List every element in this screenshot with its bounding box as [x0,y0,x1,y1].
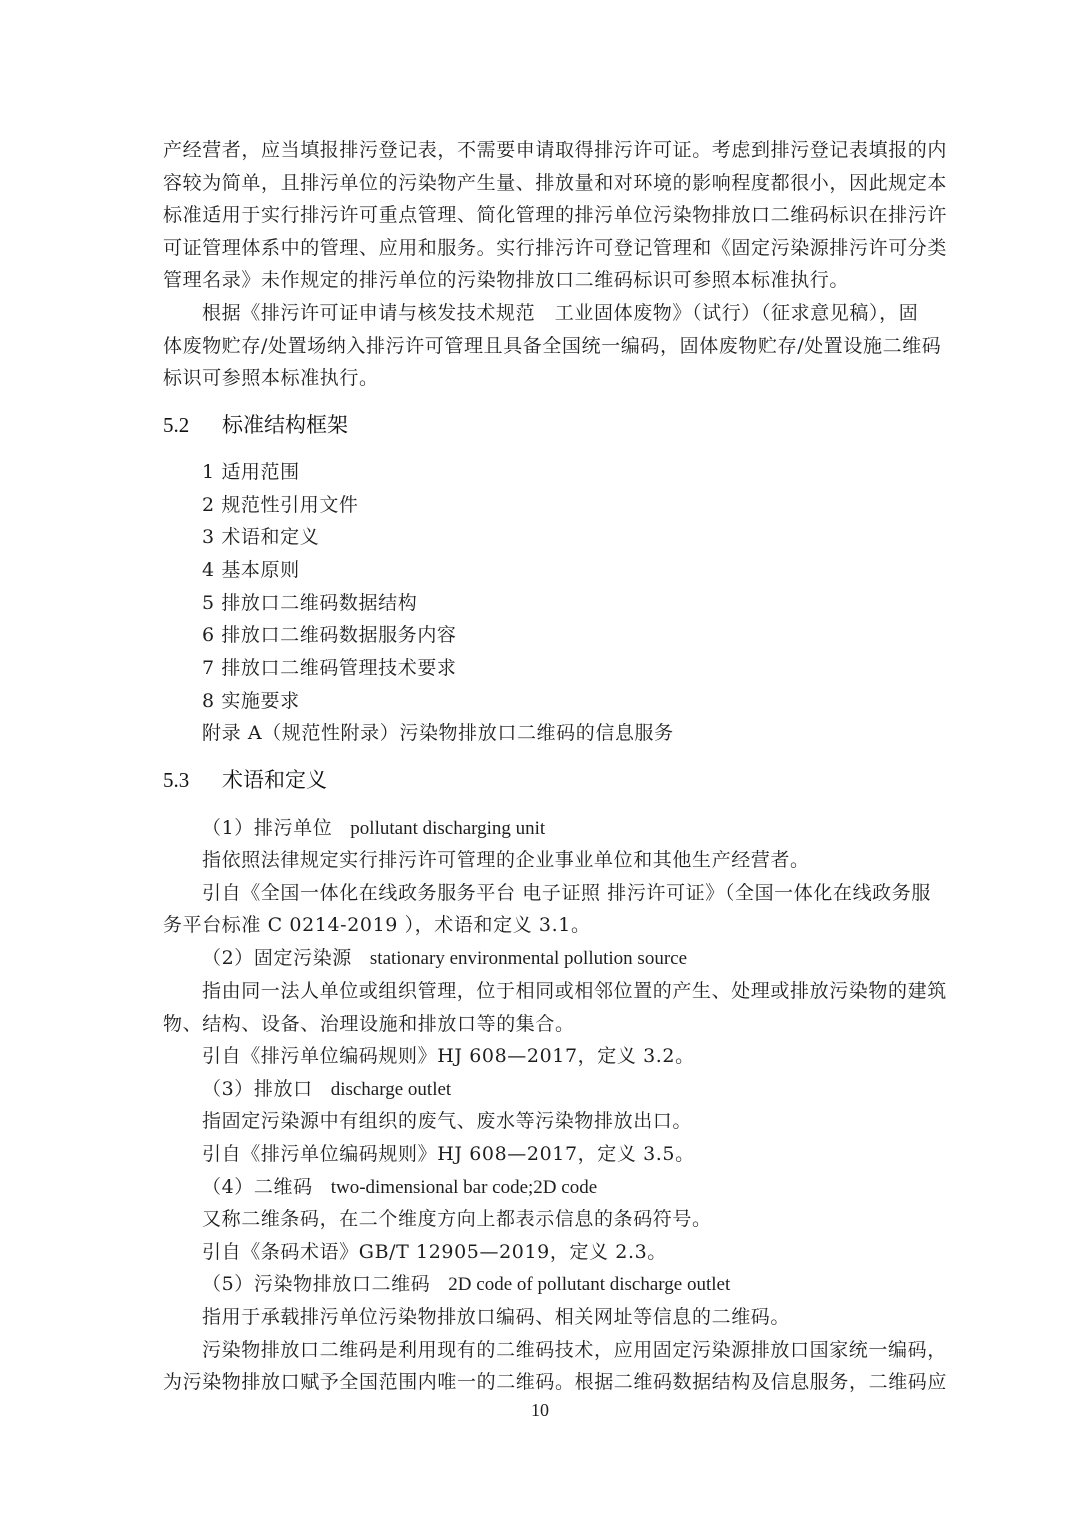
section-title: 术语和定义 [222,768,327,792]
term-heading: （5）污染物排放口二维码2D code of pollutant dischar… [202,1271,730,1297]
term-heading: （1）排污单位pollutant discharging unit [202,815,545,841]
list-item: 1 适用范围 [202,459,300,485]
section-title: 标准结构框架 [222,413,348,437]
list-item: 6 排放口二维码数据服务内容 [202,622,457,648]
list-item: 4 基本原则 [202,557,300,583]
term-label: （5）污染物排放口二维码 [202,1273,430,1295]
list-item: 8 实施要求 [202,688,300,714]
body-text-line: 管理名录》未作规定的排污单位的污染物排放口二维码标识可参照本标准执行。 [163,267,849,293]
term-source: 引自《排污单位编码规则》HJ 608—2017，定义 3.2。 [202,1043,695,1069]
term-english: discharge outlet [331,1079,451,1100]
term-label: （4）二维码 [202,1176,313,1198]
body-text-line: 体废物贮存/处置场纳入排污许可管理且具备全国统一编码，固体废物贮存/处置设施二维… [163,333,915,359]
term-definition: 指固定污染源中有组织的废气、废水等污染物排放出口。 [202,1108,692,1134]
body-text-line: 污染物排放口二维码是利用现有的二维码技术，应用固定污染源排放口国家统一编码， [202,1337,915,1363]
body-text-line: 可证管理体系中的管理、应用和服务。实行排污许可登记管理和《固定污染源排污许可分类 [163,235,915,261]
term-definition: 指用于承载排污单位污染物排放口编码、相关网址等信息的二维码。 [202,1304,790,1330]
term-definition: 指由同一法人单位或组织管理，位于相同或相邻位置的产生、处理或排放污染物的建筑 [202,978,915,1004]
list-item: 7 排放口二维码管理技术要求 [202,655,457,681]
list-item: 附录 A（规范性附录）污染物排放口二维码的信息服务 [202,720,674,746]
term-definition: 物、结构、设备、治理设施和排放口等的集合。 [163,1011,575,1037]
body-text-line: 根据《排污许可证申请与核发技术规范 工业固体废物》（试行）（征求意见稿），固 [202,300,915,326]
term-english: two-dimensional bar code;2D code [331,1177,597,1198]
section-heading-5-3: 5.3术语和定义 [163,765,327,795]
list-item: 3 术语和定义 [202,524,319,550]
term-source: 引自《全国一体化在线政务服务平台 电子证照 排污许可证》（全国一体化在线政务服 [202,880,915,906]
term-heading: （3）排放口discharge outlet [202,1076,451,1102]
body-text-line: 标准适用于实行排污许可重点管理、简化管理的排污单位污染物排放口二维码标识在排污许 [163,202,915,228]
section-number: 5.2 [163,410,222,440]
term-label: （1）排污单位 [202,817,332,839]
section-heading-5-2: 5.2标准结构框架 [163,410,348,440]
term-definition: 指依照法律规定实行排污许可管理的企业事业单位和其他生产经营者。 [202,847,810,873]
term-source: 引自《条码术语》GB/T 12905—2019，定义 2.3。 [202,1239,667,1265]
term-label: （2）固定污染源 [202,947,352,969]
body-text-line: 产经营者，应当填报排污登记表，不需要申请取得排污许可证。考虑到排污登记表填报的内 [163,137,915,163]
page-number: 10 [0,1398,1080,1422]
term-heading: （4）二维码two-dimensional bar code;2D code [202,1174,597,1200]
section-number: 5.3 [163,765,222,795]
term-english: 2D code of pollutant discharge outlet [448,1274,730,1295]
list-item: 5 排放口二维码数据结构 [202,590,417,616]
term-heading: （2）固定污染源stationary environmental polluti… [202,945,687,971]
body-text-line: 标识可参照本标准执行。 [163,365,379,391]
term-source: 务平台标准 C 0214-2019 ），术语和定义 3.1。 [163,912,591,938]
list-item: 2 规范性引用文件 [202,492,359,518]
term-english: stationary environmental pollution sourc… [370,948,687,969]
body-text-line: 容较为简单，且排污单位的污染物产生量、排放量和对环境的影响程度都很小，因此规定本 [163,170,915,196]
body-text-line: 为污染物排放口赋予全国范围内唯一的二维码。根据二维码数据结构及信息服务，二维码应 [163,1369,915,1395]
term-definition: 又称二维条码，在二个维度方向上都表示信息的条码符号。 [202,1206,712,1232]
term-label: （3）排放口 [202,1078,313,1100]
term-source: 引自《排污单位编码规则》HJ 608—2017，定义 3.5。 [202,1141,695,1167]
term-english: pollutant discharging unit [350,818,545,839]
